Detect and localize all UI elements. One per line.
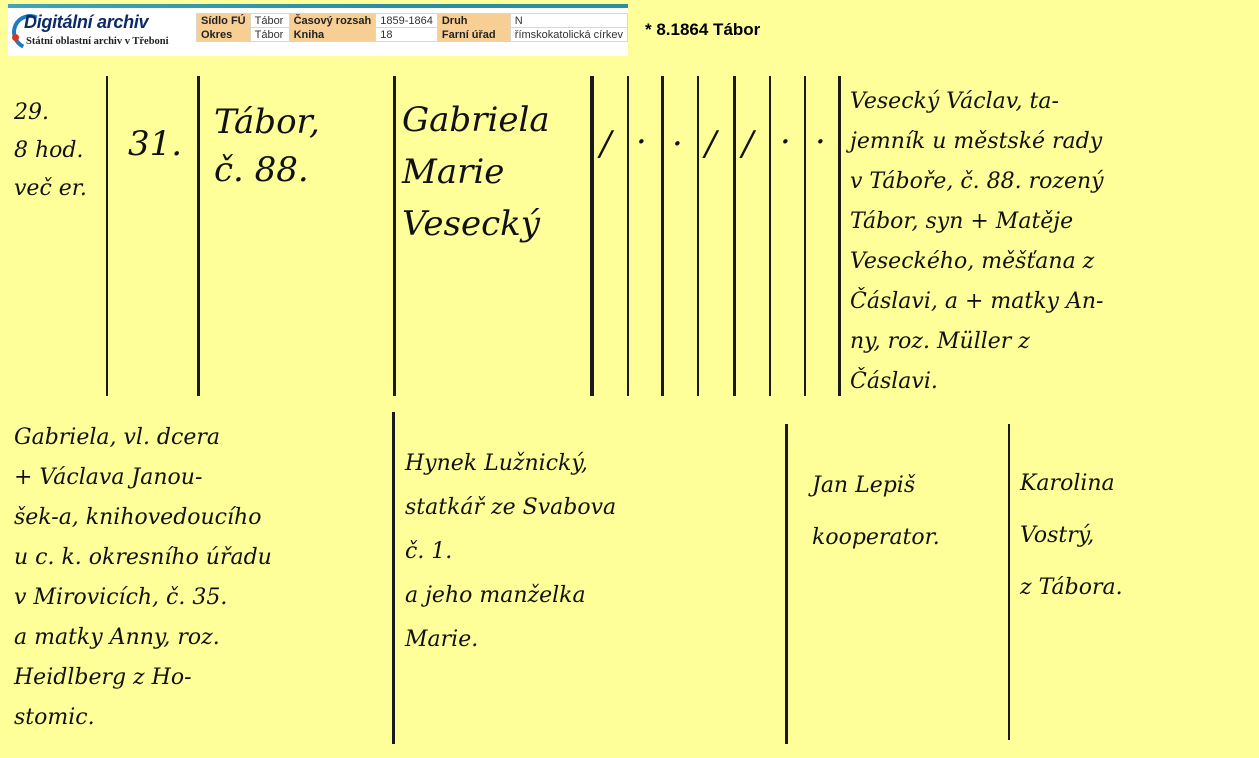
entry-midwife: Karolina Vostrý, z Tábora. — [1020, 458, 1255, 614]
column-rule — [804, 76, 806, 396]
column-rule — [697, 76, 699, 396]
info-value-kniha: 18 — [376, 28, 438, 42]
mark-col-5: / — [742, 124, 753, 164]
info-label-druh: Druh — [437, 14, 510, 28]
logo-title: Digitální archiv — [24, 12, 148, 33]
entry-mother: Gabriela, vl. dcera + Václava Janou- šek… — [14, 418, 389, 738]
entry-date-time: 29. 8 hod. več er. — [14, 94, 106, 208]
column-rule — [1008, 424, 1010, 740]
column-rule — [106, 76, 108, 396]
mark-col-6: · — [780, 122, 791, 162]
column-rule — [392, 412, 395, 744]
column-rule — [393, 76, 396, 396]
info-value-casovy-rozsah: 1859-1864 — [376, 14, 438, 28]
info-row: Sídlo FÚ Tábor Časový rozsah 1859-1864 D… — [197, 14, 628, 28]
info-label-okres: Okres — [197, 28, 251, 42]
column-rule — [785, 424, 788, 744]
logo-subtitle: Státní oblastní archiv v Třeboni — [26, 36, 169, 47]
column-rule — [838, 76, 841, 396]
info-label-casovy-rozsah: Časový rozsah — [289, 14, 376, 28]
column-rule — [769, 76, 771, 396]
column-rule — [197, 76, 200, 396]
entry-godparents: Hynek Lužnický, statkář ze Svabova č. 1.… — [405, 442, 780, 662]
archive-header: Digitální archiv Státní oblastní archiv … — [8, 4, 628, 56]
mark-col-4: / — [705, 124, 716, 164]
mark-col-7: · — [815, 122, 826, 162]
header-accent-bar — [8, 4, 628, 8]
column-rule — [627, 76, 629, 396]
info-value-sidlo: Tábor — [250, 14, 289, 28]
info-value-okres: Tábor — [250, 28, 289, 42]
info-label-farni-urad: Farní úřad — [437, 28, 510, 42]
entry-number: 31. — [128, 124, 182, 164]
scanned-register-page[interactable]: 29. 8 hod. več er. 31. Tábor, č. 88. Gab… — [0, 58, 1259, 758]
entry-priest: Jan Lepiš kooperator. — [812, 460, 1002, 564]
info-label-kniha: Kniha — [289, 28, 376, 42]
logo-dot-icon — [12, 34, 19, 41]
record-info-table: Sídlo FÚ Tábor Časový rozsah 1859-1864 D… — [196, 13, 628, 42]
info-row: Okres Tábor Kniha 18 Farní úřad římskoka… — [197, 28, 628, 42]
entry-child-name: Gabriela Marie Vesecký — [402, 94, 550, 250]
mark-col-1: / — [600, 124, 611, 164]
record-title: * 8.1864 Tábor — [645, 20, 760, 40]
info-value-farni-urad: římskokatolická církev — [510, 28, 627, 42]
info-label-sidlo: Sídlo FÚ — [197, 14, 251, 28]
digital-archive-logo[interactable]: Digitální archiv Státní oblastní archiv … — [10, 10, 182, 54]
entry-father: Vesecký Václav, ta- jemník u městské rad… — [850, 82, 1255, 402]
mark-col-3: · — [672, 124, 683, 164]
column-rule — [661, 76, 664, 396]
info-value-druh: N — [510, 14, 627, 28]
mark-col-2: · — [636, 122, 647, 162]
entry-house: Tábor, č. 88. — [214, 98, 320, 194]
column-rule — [590, 76, 594, 396]
column-rule — [733, 76, 736, 396]
